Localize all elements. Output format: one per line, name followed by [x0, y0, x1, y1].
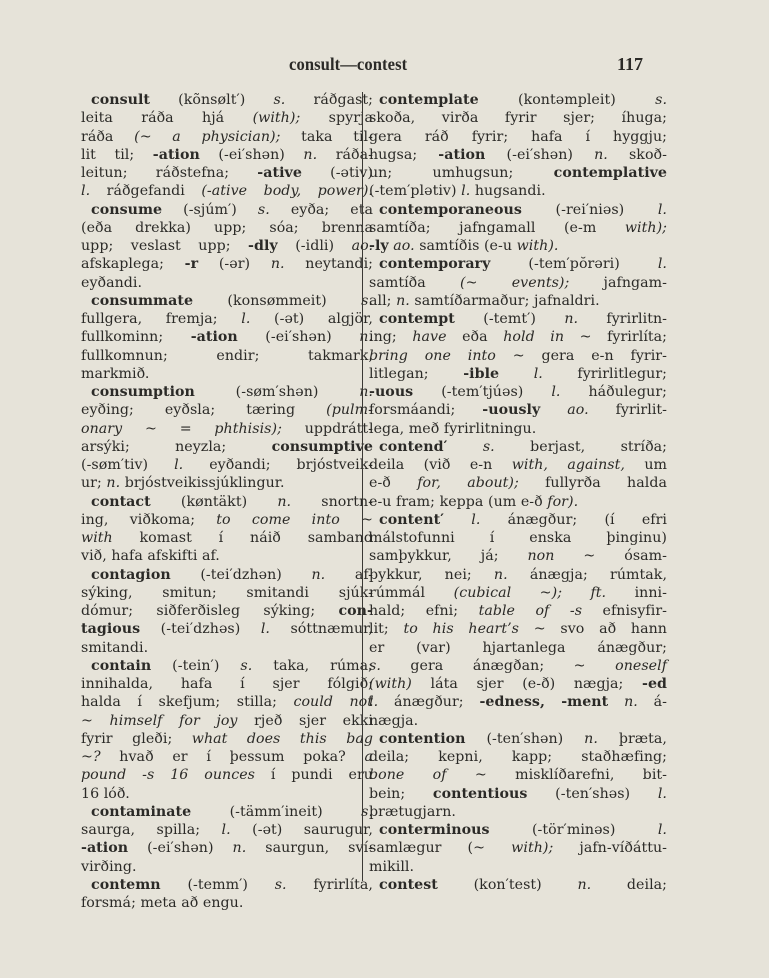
entry-line: fullkomnun; endir; takmark,: [81, 347, 373, 365]
entry-headword-line: consume (-sjúm′) s. eyða; eta: [81, 201, 373, 219]
entry-line: eyðing; eyðsla; tæring (pulm-: [81, 401, 373, 419]
entry-line: nægja.: [369, 712, 667, 730]
entry-line: samlægur (~ with); jafn-víðáttu-: [369, 839, 667, 857]
entry-headword-line: contain (-tein′) s. taka, rúma;: [81, 657, 373, 675]
entry-headword-line: contemplate (kontəmpleit) s.: [369, 91, 667, 109]
entry-line: mikill.: [369, 858, 667, 876]
entry-line: with komast í náið samband: [81, 529, 373, 547]
entry-line: s. gera ánægðan; ~ oneself: [369, 657, 667, 675]
entry-line: (-søm′tiv) l. eyðandi; brjóstveik-: [81, 456, 373, 474]
entry-headword-line: contempt (-temt′) n. fyrirlitn-: [369, 310, 667, 328]
right-column: contemplate (kontəmpleit) s.skoða, virða…: [369, 91, 667, 894]
entry-line: þykkur, nei; n. ánægja; rúmtak,: [369, 566, 667, 584]
entry-line: halda í skefjum; stilla; could not: [81, 693, 373, 711]
entry-headword-line: consumption (-søm′shən) n.: [81, 383, 373, 401]
entry-headword-line: contend′ s. berjast, stríða;: [369, 438, 667, 456]
page-header: consult—contest 117: [0, 54, 769, 78]
entry-line: arsýki; neyzla; consumptive: [81, 438, 373, 456]
entry-line: fullkominn; -ation (-ei′shən) n.: [81, 328, 373, 346]
page-number: 117: [617, 54, 643, 75]
entry-line: ráða (~ a physician); taka til-: [81, 128, 373, 146]
entry-line: hald; efni; table of -s efnisyfir-: [369, 602, 667, 620]
entry-line: fyrir gleði; what does this bag: [81, 730, 373, 748]
entry-headword-line: content′ l. ánægður; (í efri: [369, 511, 667, 529]
entry-line: lit til; -ation (-ei′shən) n. ráða-: [81, 146, 373, 164]
entry-line: samtíða; jafngamall (e-m with);: [369, 219, 667, 237]
entry-headword-line: conterminous (-tör′minəs) l.: [369, 821, 667, 839]
entry-line: ing, viðkoma; to come into ~: [81, 511, 373, 529]
entry-headword-line: consult (kõnsølt′) s. ráðgast;: [81, 91, 373, 109]
entry-line: tagious (-tei′dzhəs) l. sóttnæmur,: [81, 620, 373, 638]
entry-line: lega, með fyrirlitningu.: [369, 420, 667, 438]
entry-headword-line: contagion (-tei′dzhən) n. af-: [81, 566, 373, 584]
entry-line: sýking, smitun; smitandi sjúk-: [81, 584, 373, 602]
entry-line: eyðandi.: [81, 274, 373, 292]
entry-line: hugsa; -ation (-ei′shən) n. skoð-: [369, 146, 667, 164]
entry-headword-line: contaminate (-tämm′ineit) s.: [81, 803, 373, 821]
entry-line: e-ð for, about); fullyrða halda: [369, 474, 667, 492]
entry-line: bone of ~ misklíðarefni, bit-: [369, 766, 667, 784]
entry-line: un; umhugsun; contemplative: [369, 164, 667, 182]
entry-line: lit; to his heart’s ~ svo að hann: [369, 620, 667, 638]
entry-line: (with) láta sjer (e-ð) nægja; -ed: [369, 675, 667, 693]
entry-line: (eða drekka) upp; sóa; brenna: [81, 219, 373, 237]
entry-line: -uous (-tem′tjúəs) l. háðulegur;: [369, 383, 667, 401]
entry-headword-line: contact (køntäkt) n. snortn-: [81, 493, 373, 511]
entry-headword-line: consummate (konsømmeit) s.: [81, 292, 373, 310]
entry-line: saurga, spilla; l. (-ət) saurugur,: [81, 821, 373, 839]
entry-line: onary ~ = phthisis); uppdrátt-: [81, 420, 373, 438]
entry-line: upp; veslast upp; -dly (-idli) ao.: [81, 237, 373, 255]
entry-line: bring one into ~ gera e-n fyrir-: [369, 347, 667, 365]
entry-line: við, hafa afskifti af.: [81, 547, 373, 565]
entry-line: forsmáandi; -uously ao. fyrirlit-: [369, 401, 667, 419]
entry-line: gera ráð fyrir; hafa í hyggju;: [369, 128, 667, 146]
running-head: consult—contest: [289, 54, 407, 75]
entry-line: virðing.: [81, 858, 373, 876]
entry-line: markmið.: [81, 365, 373, 383]
entry-line: l. ráðgefandi (-ative body, power).: [81, 182, 373, 200]
entry-line: all; n. samtíðarmaður; jafnaldri.: [369, 292, 667, 310]
entry-line: l. ánægður; -edness, -ment n. á-: [369, 693, 667, 711]
entry-headword-line: contemn (-temm′) s. fyrirlíta,: [81, 876, 373, 894]
entry-line: -ation (-ei′shən) n. saurgun, sví-: [81, 839, 373, 857]
entry-line: þrætugjarn.: [369, 803, 667, 821]
entry-line: afskaplega; -r (-ər) n. neytandi;: [81, 255, 373, 273]
entry-line: samtíða (~ events); jafngam-: [369, 274, 667, 292]
entry-line: ing; have eða hold in ~ fyrirlíta;: [369, 328, 667, 346]
entry-headword-line: contemporaneous (-rei′niəs) l.: [369, 201, 667, 219]
entry-line: litlegan; -ible l. fyrirlitlegur;: [369, 365, 667, 383]
entry-line: ~ himself for joy rjeð sjer ekki: [81, 712, 373, 730]
entry-line: leita ráða hjá (with); spyrja: [81, 109, 373, 127]
left-column: consult (kõnsølt′) s. ráðgast;leita ráða…: [81, 91, 373, 912]
entry-line: (-tem′plətiv) l. hugsandi.: [369, 182, 667, 200]
entry-line: forsmá; meta að engu.: [81, 894, 373, 912]
entry-line: innihalda, hafa í sjer fólgið;: [81, 675, 373, 693]
entry-line: ur; n. brjóstveikissjúklingur.: [81, 474, 373, 492]
entry-line: samþykkur, já; non ~ ósam-: [369, 547, 667, 565]
entry-line: 16 lóð.: [81, 785, 373, 803]
entry-line: rúmmál (cubical ~); ft. inni-: [369, 584, 667, 602]
entry-line: deila (við e-n with, against, um: [369, 456, 667, 474]
entry-line: -ly ao. samtíðis (e-u with).: [369, 237, 667, 255]
entry-line: bein; contentious (-ten′shəs) l.: [369, 785, 667, 803]
entry-headword-line: contest (kon′test) n. deila;: [369, 876, 667, 894]
entry-line: skoða, virða fyrir sjer; íhuga;: [369, 109, 667, 127]
entry-line: smitandi.: [81, 639, 373, 657]
entry-line: málstofunni í enska þinginu): [369, 529, 667, 547]
entry-line: leitun; ráðstefna; -ative (-ətiv): [81, 164, 373, 182]
entry-line: fullgera, fremja; l. (-ət) algjör,: [81, 310, 373, 328]
entry-headword-line: contention (-ten′shən) n. þræta,: [369, 730, 667, 748]
entry-line: er (var) hjartanlega ánægður;: [369, 639, 667, 657]
entry-line: deila; kepni, kapp; staðhæfing;: [369, 748, 667, 766]
entry-line: pound -s 16 ounces í pundi eru: [81, 766, 373, 784]
entry-headword-line: contemporary (-tem′pŏrəri) l.: [369, 255, 667, 273]
column-divider: [362, 92, 363, 881]
entry-line: ~? hvað er í þessum poka? a: [81, 748, 373, 766]
entry-line: e-u fram; keppa (um e-ð for).: [369, 493, 667, 511]
entry-line: dómur; siðferðisleg sýking; con-: [81, 602, 373, 620]
